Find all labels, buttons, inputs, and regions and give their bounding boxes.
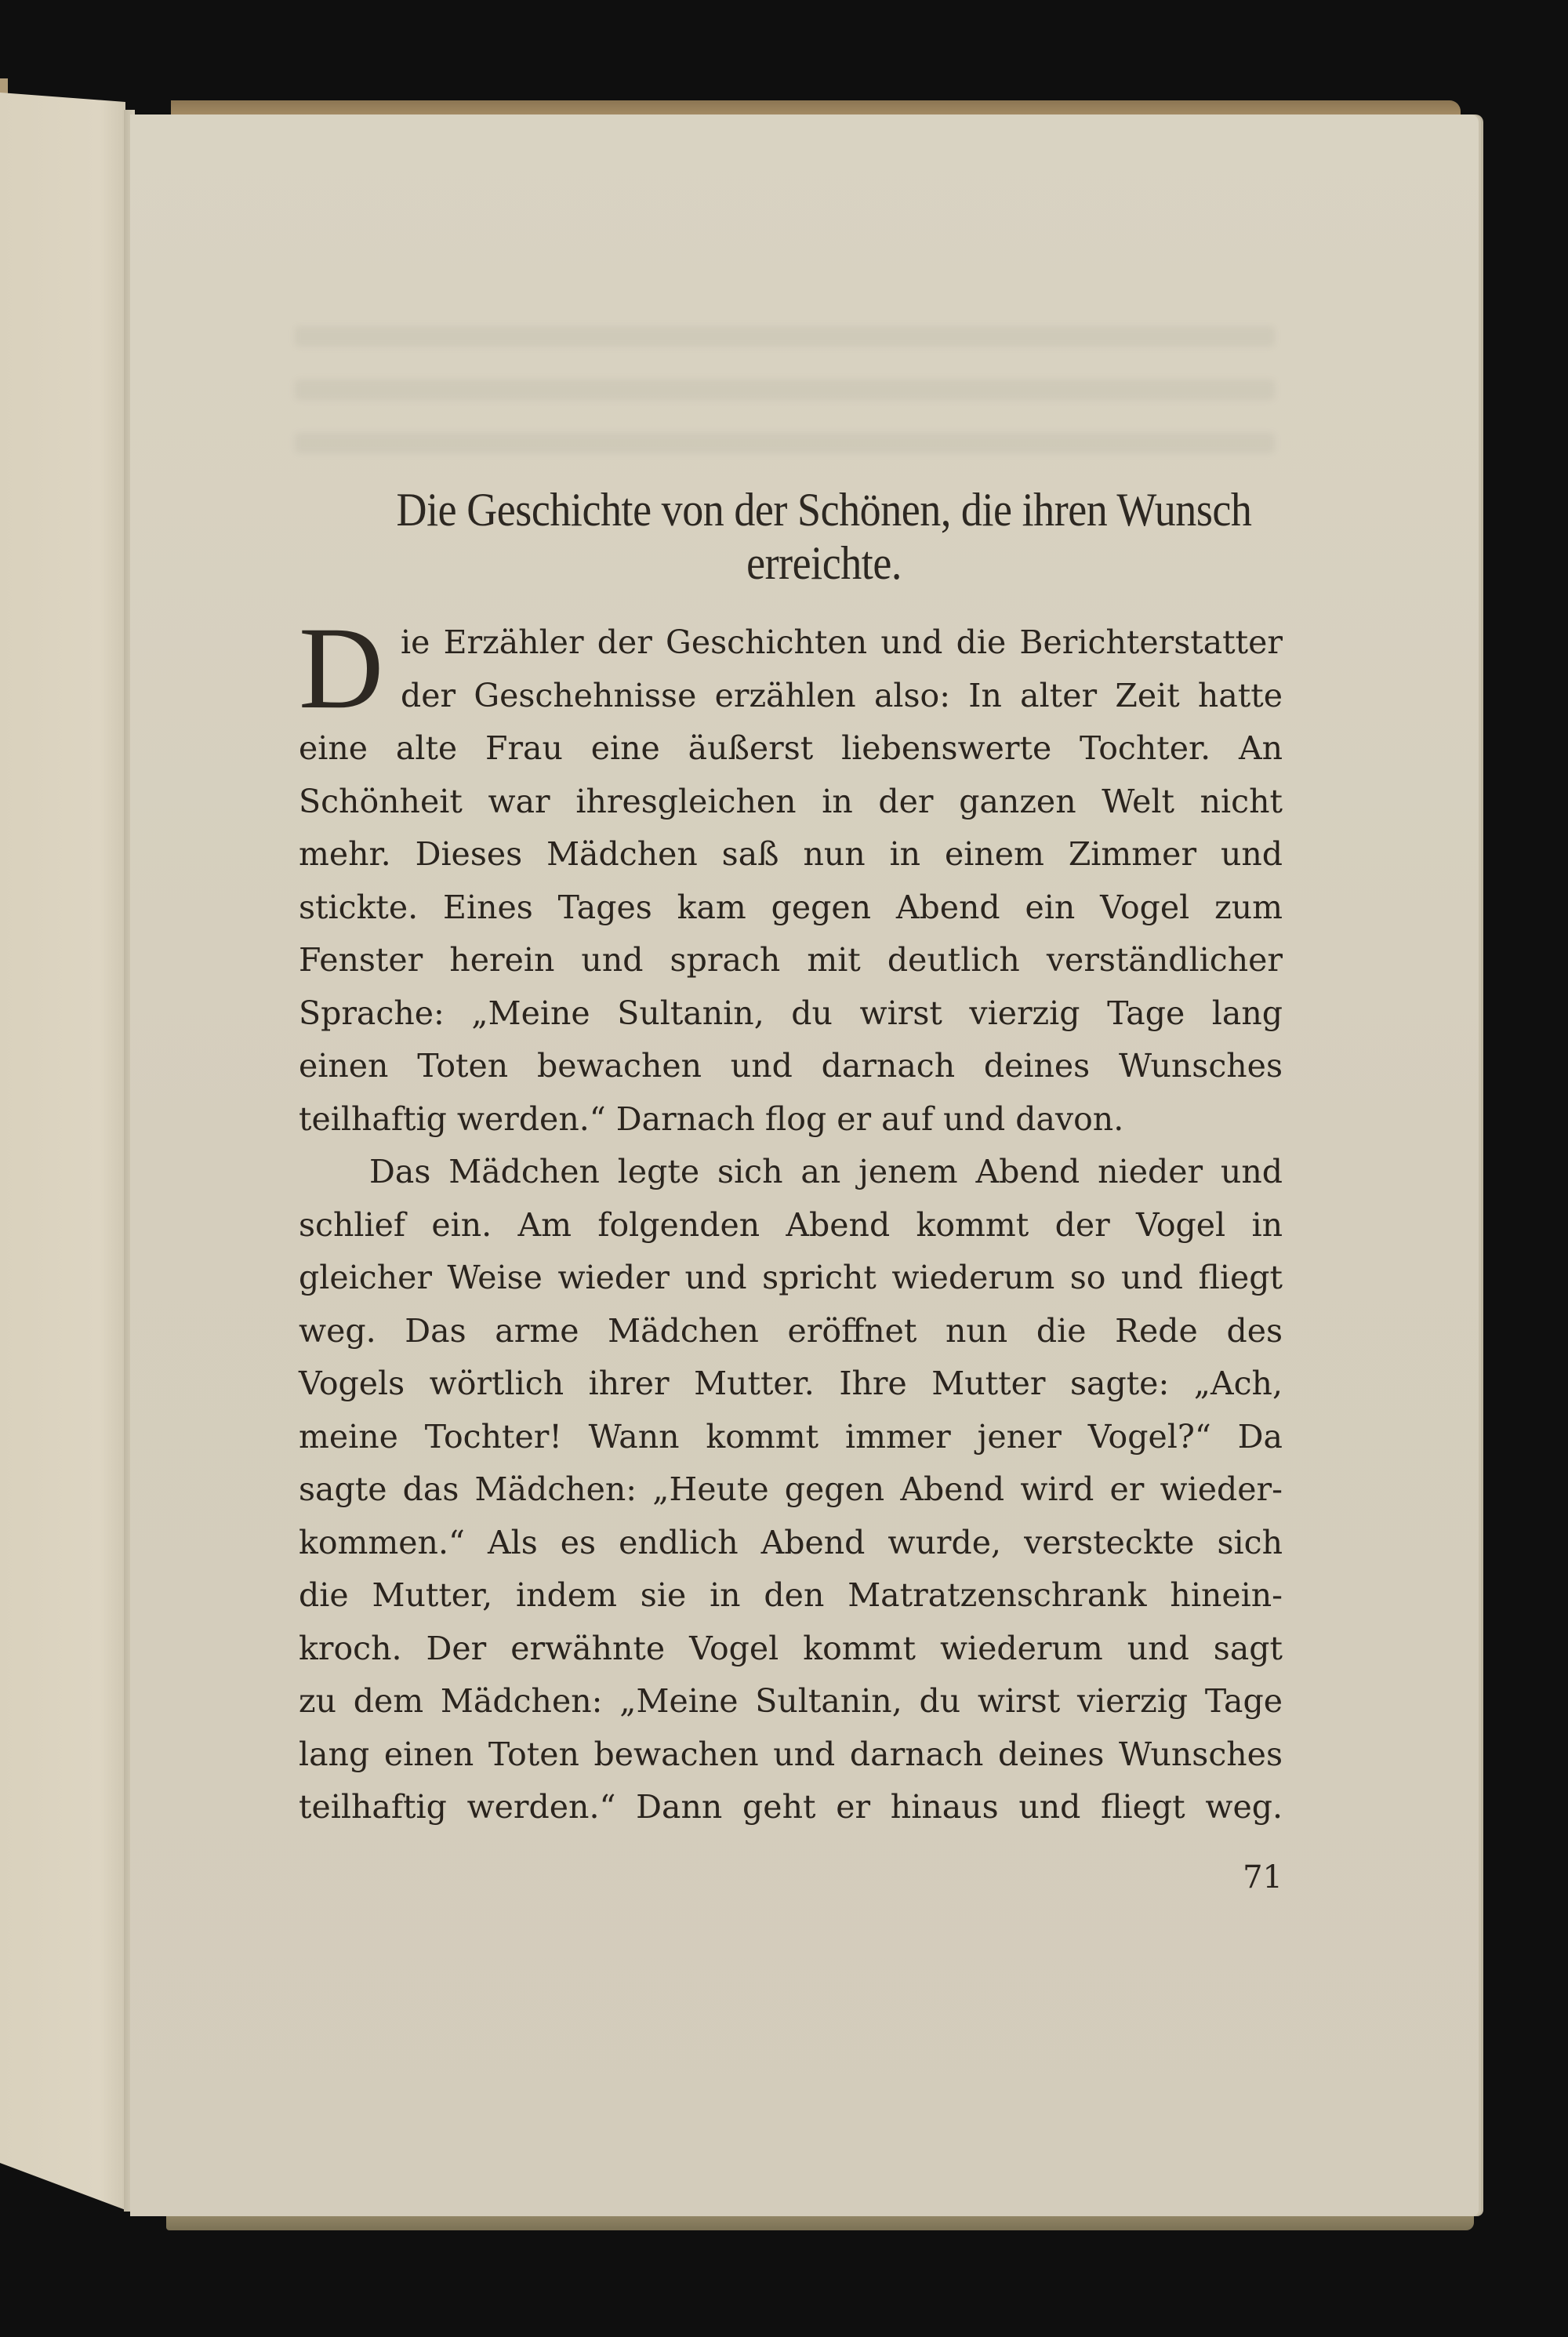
text-line: schlief ein. Am folgenden Abend kommt de… [299, 1199, 1283, 1252]
text-line: eine alte Frau eine äußerst liebenswerte… [299, 722, 1283, 776]
text-line: meine Tochter! Wann kommt immer jener Vo… [299, 1411, 1283, 1464]
paragraph-2: Das Mädchen legte sich an jenem Abend ni… [299, 1146, 1283, 1834]
text-line: Sprache: „Meine Sultanin, du wirst vierz… [299, 987, 1283, 1041]
page-number: 71 [1220, 1859, 1283, 1895]
text-line: mehr. Dieses Mädchen saß nun in einem Zi… [299, 828, 1283, 881]
text-line: kroch. Der erwähnte Vogel kommt wiederum… [299, 1623, 1283, 1676]
chapter-title-line: Die Geschichte von der Schönen, die ihre… [383, 483, 1265, 536]
show-through-bleed [295, 380, 1275, 400]
body-text: D ie Erzähler der Geschichten und die Be… [299, 616, 1283, 1834]
text-line: gleicher Weise wieder und spricht wieder… [299, 1252, 1283, 1305]
chapter-title: Die Geschichte von der Schönen, die ihre… [383, 483, 1265, 590]
book-page: Die Geschichte von der Schönen, die ihre… [130, 114, 1479, 2216]
book-top-edge [171, 100, 1461, 114]
drop-cap: D [299, 621, 383, 715]
text-line: weg. Das arme Mädchen eröffnet nun die R… [299, 1305, 1283, 1358]
text-line: Das Mädchen legte sich an jenem Abend ni… [299, 1146, 1283, 1199]
text-line: die Mutter, indem sie in den Matratzensc… [299, 1569, 1283, 1623]
show-through-bleed [295, 433, 1275, 453]
text-line: stickte. Eines Tages kam gegen Abend ein… [299, 881, 1283, 935]
text-line: teilhaftig werden.“ Dann geht er hinaus … [299, 1781, 1283, 1834]
text-line: Fenster herein und sprach mit deutlich v… [299, 934, 1283, 987]
chapter-title-line: erreichte. [383, 536, 1265, 590]
show-through-bleed [295, 326, 1275, 347]
text-line: Vogels wörtlich ihrer Mutter. Ihre Mutte… [299, 1357, 1283, 1411]
text-line: zu dem Mädchen: „Meine Sultanin, du wirs… [299, 1675, 1283, 1728]
text-line: kommen.“ Als es endlich Abend wurde, ver… [299, 1517, 1283, 1570]
text-line: sagte das Mädchen: „Heute gegen Abend wi… [299, 1463, 1283, 1517]
previous-page-edge-strip [0, 78, 8, 94]
text-line: einen Toten bewachen und darnach deines … [299, 1040, 1283, 1093]
paragraph-1: ie Erzähler der Geschichten und die Beri… [299, 616, 1283, 1146]
text-line: lang einen Toten bewachen und darnach de… [299, 1728, 1283, 1782]
text-line: teilhaftig werden.“ Darnach flog er auf … [299, 1093, 1283, 1147]
previous-page-sliver [0, 93, 125, 2210]
text-line: der Geschehnisse erzählen also: In alter… [299, 670, 1283, 723]
text-line: Schönheit war ihresgleichen in der ganze… [299, 776, 1283, 829]
text-line: ie Erzähler der Geschichten und die Beri… [299, 616, 1283, 670]
